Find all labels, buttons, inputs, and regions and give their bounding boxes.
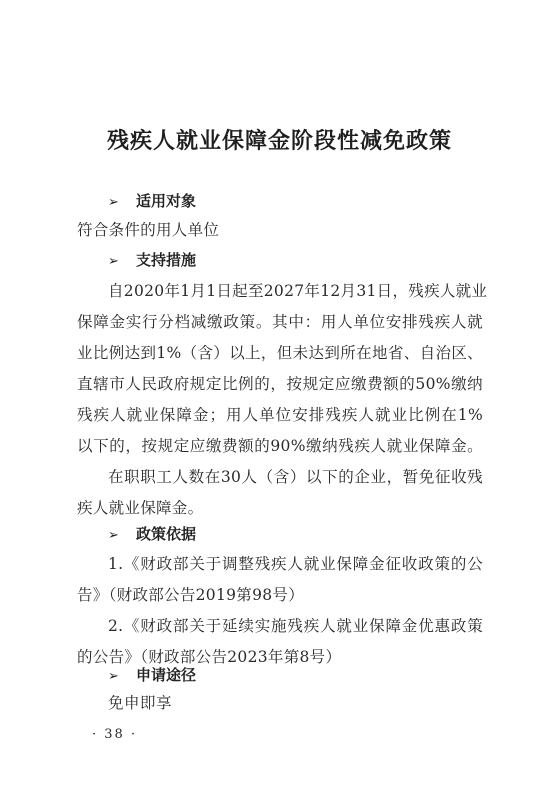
heading-text: 申请途径	[136, 666, 196, 684]
page-number: · 38 ·	[92, 727, 137, 742]
measures-line: 疾人就业保障金。	[77, 497, 483, 519]
section-heading-basis: ➢政策依据	[108, 523, 196, 545]
arrow-bullet-icon: ➢	[108, 525, 136, 547]
basis-line: 2.《财政部关于延续实施残疾人就业保障金优惠政策	[108, 615, 483, 637]
arrow-bullet-icon: ➢	[108, 192, 136, 214]
section-heading-application: ➢申请途径	[108, 664, 196, 686]
application-text: 免申即享	[108, 692, 172, 714]
measures-line: 在职职工人数在30人（含）以下的企业，暂免征收残	[108, 466, 483, 488]
basis-line: 1.《财政部关于调整残疾人就业保障金征收政策的公	[108, 553, 483, 575]
measures-line: 直辖市人民政府规定比例的，按规定应缴费额的50%缴纳	[77, 373, 483, 395]
section-heading-measures: ➢支持措施	[108, 249, 196, 271]
measures-line: 以下的，按规定应缴费额的90%缴纳残疾人就业保障金。	[77, 435, 483, 457]
basis-line: 告》（财政部公告2019第98号）	[77, 584, 483, 606]
measures-line: 自2020年1月1日起至2027年12月31日，残疾人就业	[108, 280, 483, 302]
document-title: 残疾人就业保障金阶段性减免政策	[0, 124, 559, 155]
arrow-bullet-icon: ➢	[108, 666, 136, 688]
heading-text: 政策依据	[136, 525, 196, 543]
arrow-bullet-icon: ➢	[108, 251, 136, 273]
applicable-text: 符合条件的用人单位	[77, 219, 483, 241]
measures-line: 业比例达到1%（含）以上，但未达到所在地省、自治区、	[77, 342, 483, 364]
heading-text: 适用对象	[136, 192, 196, 210]
heading-text: 支持措施	[136, 251, 196, 269]
measures-line: 保障金实行分档减缴政策。其中：用人单位安排残疾人就	[77, 311, 483, 333]
measures-line: 残疾人就业保障金；用人单位安排残疾人就业比例在1%	[77, 404, 483, 426]
section-heading-applicable: ➢适用对象	[108, 190, 196, 212]
